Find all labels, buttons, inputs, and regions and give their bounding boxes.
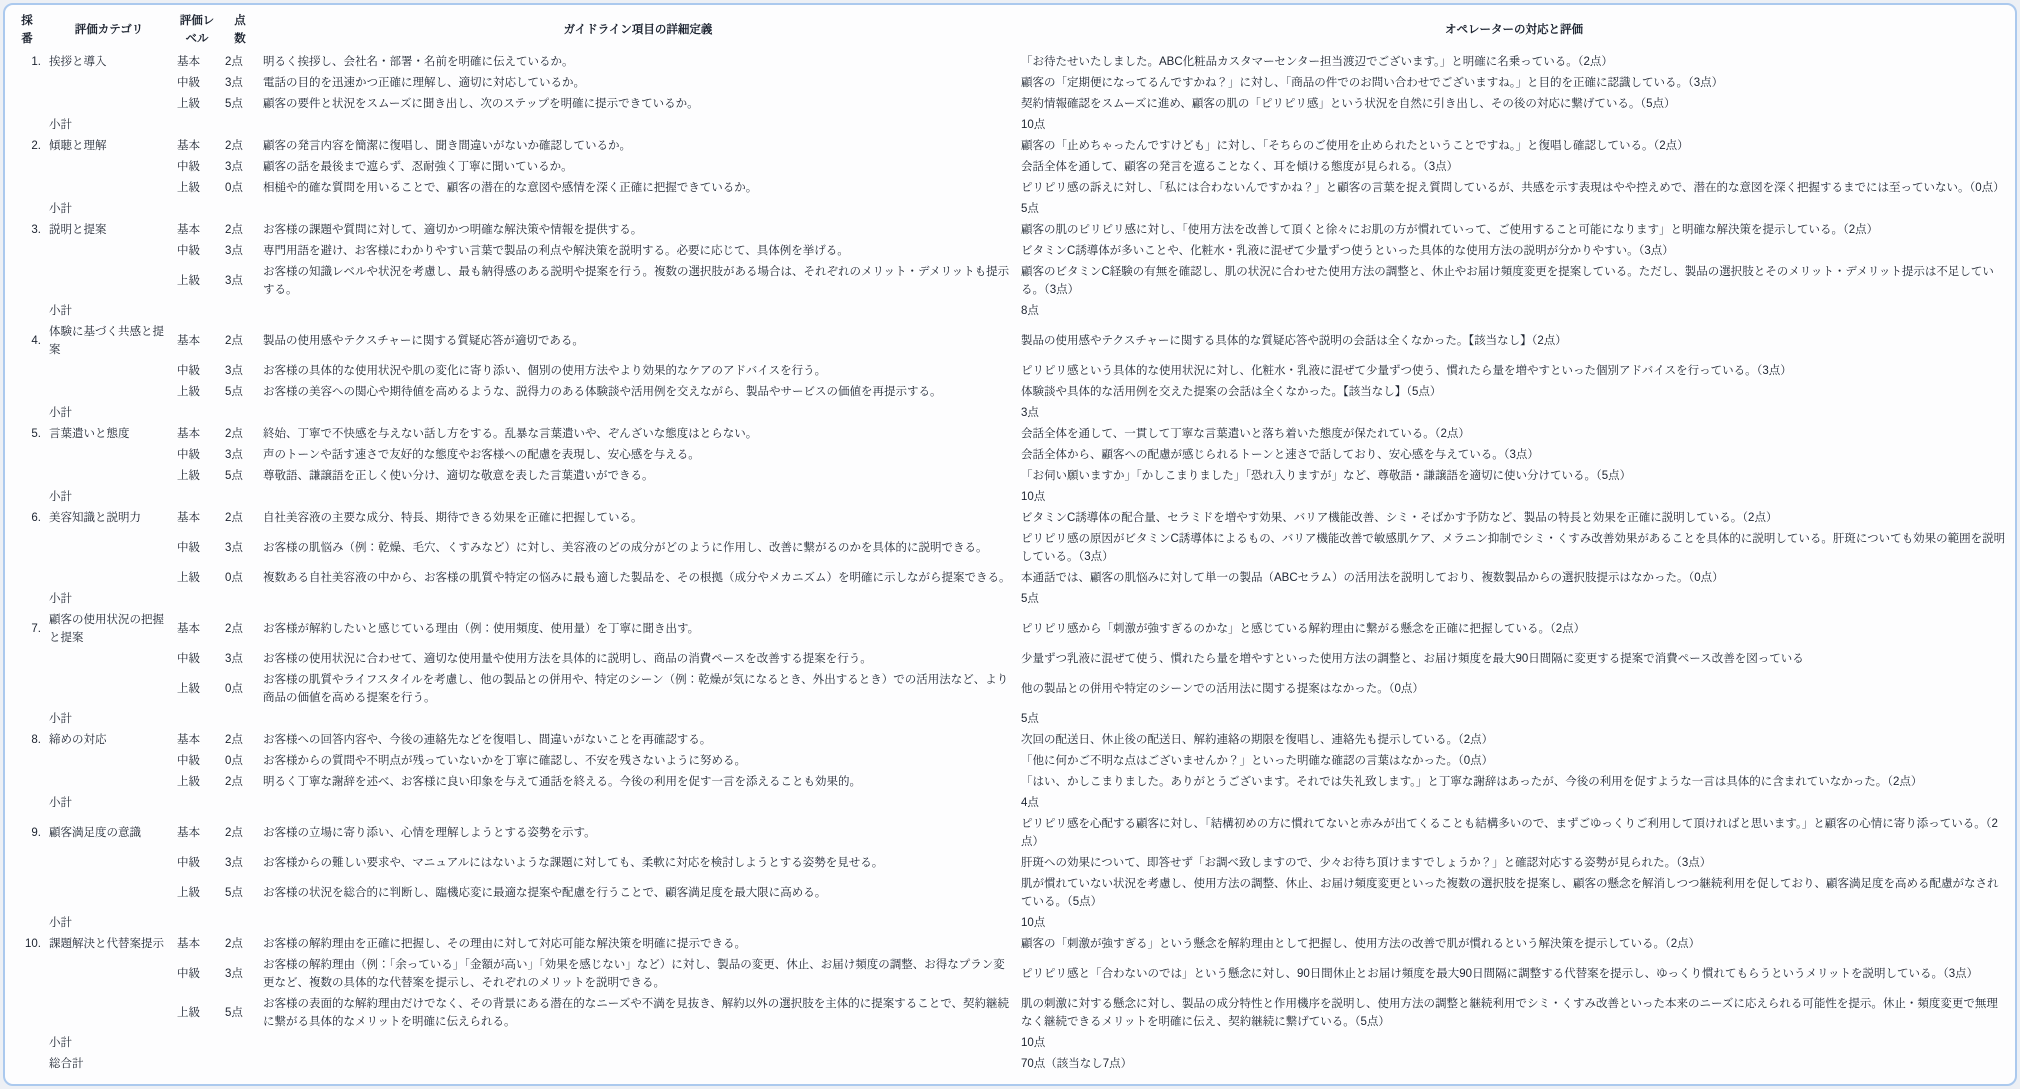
empty-cell — [173, 1053, 221, 1074]
guideline-row: 中級3点声のトーンや話す速さで友好的な態度やお客様への配慮を表現し、安心感を与え… — [9, 444, 2011, 465]
row-number: 3. — [9, 219, 45, 240]
row-number: 9. — [9, 813, 45, 852]
points-cell: 0点 — [221, 669, 259, 708]
points-cell: 3点 — [221, 648, 259, 669]
category-name — [45, 156, 173, 177]
guideline-row: 中級3点専門用語を避け、お客様にわかりやすい言葉で製品の利点や解決策を説明する。… — [9, 240, 2011, 261]
definition-cell: 製品の使用感やテクスチャーに関する質疑応答が適切である。 — [259, 321, 1017, 360]
empty-cell — [259, 588, 1017, 609]
empty-cell — [173, 402, 221, 423]
row-number — [9, 72, 45, 93]
subtotal-row: 小計3点 — [9, 402, 2011, 423]
level-cell: 中級 — [173, 954, 221, 993]
evaluation-cell: ピリピリ感を心配する顧客に対し、「結構初めの方に慣れてないと赤みが出てくることも… — [1017, 813, 2011, 852]
guideline-row: 上級5点尊敬語、謙譲語を正しく使い分け、適切な敬意を表した言葉遣いができる。「お… — [9, 465, 2011, 486]
evaluation-cell: 「他に何かご不明な点はございませんか？」といった明確な確認の言葉はなかった。（0… — [1017, 750, 2011, 771]
guideline-row: 中級3点お客様の具体的な使用状況や肌の変化に寄り添い、個別の使用方法やより効果的… — [9, 360, 2011, 381]
definition-cell: 終始、丁寧で不快感を与えない話し方をする。乱暴な言葉遣いや、ぞんざいな態度はとら… — [259, 423, 1017, 444]
category-name: 挨拶と導入 — [45, 51, 173, 72]
guideline-row: 上級0点複数ある自社美容液の中から、お客様の肌質や特定の悩みに最も適した製品を、… — [9, 567, 2011, 588]
level-cell: 上級 — [173, 669, 221, 708]
level-cell: 基本 — [173, 219, 221, 240]
category-name: 言葉遣いと態度 — [45, 423, 173, 444]
category-name: 顧客満足度の意識 — [45, 813, 173, 852]
definition-cell: お客様の課題や質問に対して、適切かつ明確な解決策や情報を提供する。 — [259, 219, 1017, 240]
empty-cell — [259, 402, 1017, 423]
level-cell: 中級 — [173, 750, 221, 771]
definition-cell: お客様の肌悩み（例：乾燥、毛穴、くすみなど）に対し、美容液のどの成分がどのように… — [259, 528, 1017, 567]
guideline-row: 7.顧客の使用状況の把握と提案基本2点お客様が解約したいと感じている理由（例：使… — [9, 609, 2011, 648]
definition-cell: 声のトーンや話す速さで友好的な態度やお客様への配慮を表現し、安心感を与える。 — [259, 444, 1017, 465]
points-cell: 3点 — [221, 240, 259, 261]
subtotal-row: 小計8点 — [9, 300, 2011, 321]
empty-cell — [173, 912, 221, 933]
points-cell: 2点 — [221, 321, 259, 360]
evaluation-cell: ピリピリ感から「刺激が強すぎるのかな」と感じている解約理由に繋がる懸念を正確に把… — [1017, 609, 2011, 648]
subtotal-label: 小計 — [45, 402, 173, 423]
guideline-row: 上級5点お客様の状況を総合的に判断し、臨機応変に最適な提案や配慮を行うことで、顧… — [9, 873, 2011, 912]
points-cell: 0点 — [221, 567, 259, 588]
evaluation-cell: 製品の使用感やテクスチャーに関する具体的な質疑応答や説明の会話は全くなかった。【… — [1017, 321, 2011, 360]
header-category: 評価カテゴリ — [45, 9, 173, 51]
definition-cell: 顧客の要件と状況をスムーズに聞き出し、次のステップを明確に提示できているか。 — [259, 93, 1017, 114]
evaluation-cell: 少量ずつ乳液に混ぜて使う、慣れたら量を増やすといった使用方法の調整と、お届け頻度… — [1017, 648, 2011, 669]
empty-cell — [173, 588, 221, 609]
subtotal-row: 小計4点 — [9, 792, 2011, 813]
definition-cell: お客様の使用状況に合わせて、適切な使用量や使用方法を具体的に説明し、商品の消費ペ… — [259, 648, 1017, 669]
subtotal-label: 小計 — [45, 198, 173, 219]
subtotal-row: 小計10点 — [9, 114, 2011, 135]
guideline-row: 中級3点お客様の肌悩み（例：乾燥、毛穴、くすみなど）に対し、美容液のどの成分がど… — [9, 528, 2011, 567]
guideline-row: 中級3点お客様の使用状況に合わせて、適切な使用量や使用方法を具体的に説明し、商品… — [9, 648, 2011, 669]
level-cell: 中級 — [173, 528, 221, 567]
level-cell: 基本 — [173, 609, 221, 648]
guideline-row: 上級0点お客様の肌質やライフスタイルを考慮し、他の製品との併用や、特定のシーン（… — [9, 669, 2011, 708]
header-number: 採番 — [9, 9, 45, 51]
definition-cell: お客様からの難しい要求や、マニュアルにはないような課題に対しても、柔軟に対応を検… — [259, 852, 1017, 873]
guideline-row: 6.美容知識と説明力基本2点自社美容液の主要な成分、特長、期待できる効果を正確に… — [9, 507, 2011, 528]
header-points: 点数 — [221, 9, 259, 51]
definition-cell: お客様への回答内容や、今後の連絡先などを復唱し、間違いがないことを再確認する。 — [259, 729, 1017, 750]
subtotal-row: 小計5点 — [9, 708, 2011, 729]
evaluation-cell: ピリピリ感の原因がビタミンC誘導体によるもの、バリア機能改善で敏感肌ケア、メラニ… — [1017, 528, 2011, 567]
definition-cell: 尊敬語、謙譲語を正しく使い分け、適切な敬意を表した言葉遣いができる。 — [259, 465, 1017, 486]
empty-cell — [9, 486, 45, 507]
evaluation-table: 採番 評価カテゴリ 評価レベル 点数 ガイドライン項目の詳細定義 オペレーターの… — [9, 9, 2011, 1074]
subtotal-label: 小計 — [45, 708, 173, 729]
row-number — [9, 993, 45, 1032]
row-number: 1. — [9, 51, 45, 72]
level-cell: 基本 — [173, 729, 221, 750]
empty-cell — [259, 300, 1017, 321]
evaluation-cell: 会話全体から、顧客への配慮が感じられるトーンと速さで話しており、安心感を与えてい… — [1017, 444, 2011, 465]
row-number — [9, 156, 45, 177]
empty-cell — [173, 792, 221, 813]
category-name — [45, 954, 173, 993]
points-cell: 2点 — [221, 813, 259, 852]
points-cell: 5点 — [221, 93, 259, 114]
definition-cell: お客様の表面的な解約理由だけでなく、その背景にある潜在的なニーズや不満を見抜き、… — [259, 993, 1017, 1032]
empty-cell — [221, 708, 259, 729]
definition-cell: 自社美容液の主要な成分、特長、期待できる効果を正確に把握している。 — [259, 507, 1017, 528]
evaluation-cell: ビタミンC誘導体が多いことや、化粧水・乳液に混ぜて少量ずつ使うといった具体的な使… — [1017, 240, 2011, 261]
level-cell: 中級 — [173, 360, 221, 381]
definition-cell: お客様からの質問や不明点が残っていないかを丁寧に確認し、不安を残さないように努め… — [259, 750, 1017, 771]
category-name — [45, 240, 173, 261]
guideline-row: 5.言葉遣いと態度基本2点終始、丁寧で不快感を与えない話し方をする。乱暴な言葉遣… — [9, 423, 2011, 444]
category-name — [45, 771, 173, 792]
level-cell: 上級 — [173, 993, 221, 1032]
evaluation-cell: 顧客の「刺激が強すぎる」という懸念を解約理由として把握し、使用方法の改善で肌が慣… — [1017, 933, 2011, 954]
header-definition: ガイドライン項目の詳細定義 — [259, 9, 1017, 51]
empty-cell — [221, 486, 259, 507]
level-cell: 上級 — [173, 381, 221, 402]
row-number: 8. — [9, 729, 45, 750]
definition-cell: 相槌や的確な質問を用いることで、顧客の潜在的な意図や感情を深く正確に把握できてい… — [259, 177, 1017, 198]
points-cell: 3点 — [221, 72, 259, 93]
points-cell: 2点 — [221, 729, 259, 750]
points-cell: 3点 — [221, 156, 259, 177]
level-cell: 基本 — [173, 423, 221, 444]
points-cell: 3点 — [221, 528, 259, 567]
level-cell: 中級 — [173, 852, 221, 873]
row-number — [9, 177, 45, 198]
definition-cell: 電話の目的を迅速かつ正確に理解し、適切に対応しているか。 — [259, 72, 1017, 93]
subtotal-row: 小計10点 — [9, 486, 2011, 507]
guideline-row: 9.顧客満足度の意識基本2点お客様の立場に寄り添い、心情を理解しようとする姿勢を… — [9, 813, 2011, 852]
row-number — [9, 648, 45, 669]
category-name — [45, 648, 173, 669]
subtotal-row: 小計10点 — [9, 1032, 2011, 1053]
points-cell: 0点 — [221, 177, 259, 198]
category-name — [45, 261, 173, 300]
empty-cell — [221, 402, 259, 423]
empty-cell — [221, 300, 259, 321]
empty-cell — [9, 114, 45, 135]
evaluation-cell: 顧客の「止めちゃったんですけども」に対し、「そちらのご使用を止められたということ… — [1017, 135, 2011, 156]
guideline-row: 中級3点お客様からの難しい要求や、マニュアルにはないような課題に対しても、柔軟に… — [9, 852, 2011, 873]
level-cell: 上級 — [173, 465, 221, 486]
row-number — [9, 261, 45, 300]
evaluation-panel: 採番 評価カテゴリ 評価レベル 点数 ガイドライン項目の詳細定義 オペレーターの… — [3, 3, 2017, 1086]
evaluation-cell: 他の製品との併用や特定のシーンでの活用法に関する提案はなかった。（0点） — [1017, 669, 2011, 708]
subtotal-value: 5点 — [1017, 588, 2011, 609]
empty-cell — [221, 1032, 259, 1053]
definition-cell: 明るく丁寧な謝辞を述べ、お客様に良い印象を与えて通話を終える。今後の利用を促す一… — [259, 771, 1017, 792]
subtotal-value: 10点 — [1017, 486, 2011, 507]
level-cell: 基本 — [173, 321, 221, 360]
row-number — [9, 567, 45, 588]
evaluation-cell: 顧客のビタミンC経験の有無を確認し、肌の状況に合わせた使用方法の調整と、休止やお… — [1017, 261, 2011, 300]
level-cell: 基本 — [173, 933, 221, 954]
subtotal-value: 10点 — [1017, 1032, 2011, 1053]
category-name — [45, 93, 173, 114]
definition-cell: お客様の具体的な使用状況や肌の変化に寄り添い、個別の使用方法やより効果的なケアの… — [259, 360, 1017, 381]
row-number — [9, 240, 45, 261]
points-cell: 3点 — [221, 444, 259, 465]
category-name: 締めの対応 — [45, 729, 173, 750]
evaluation-cell: 「はい、かしこまりました。ありがとうございます。それでは失礼致します。」と丁寧な… — [1017, 771, 2011, 792]
points-cell: 3点 — [221, 852, 259, 873]
table-header: 採番 評価カテゴリ 評価レベル 点数 ガイドライン項目の詳細定義 オペレーターの… — [9, 9, 2011, 51]
empty-cell — [259, 912, 1017, 933]
empty-cell — [259, 708, 1017, 729]
guideline-row: 1.挨拶と導入基本2点明るく挨拶し、会社名・部署・名前を明確に伝えているか。「お… — [9, 51, 2011, 72]
category-name — [45, 72, 173, 93]
definition-cell: お客様の状況を総合的に判断し、臨機応変に最適な提案や配慮を行うことで、顧客満足度… — [259, 873, 1017, 912]
category-name: 説明と提案 — [45, 219, 173, 240]
empty-cell — [259, 792, 1017, 813]
row-number — [9, 465, 45, 486]
points-cell: 2点 — [221, 135, 259, 156]
guideline-row: 中級3点電話の目的を迅速かつ正確に理解し、適切に対応しているか。顧客の「定期便に… — [9, 72, 2011, 93]
evaluation-cell: 会話全体を通して、顧客の発言を遮ることなく、耳を傾ける態度が見られる。（3点） — [1017, 156, 2011, 177]
empty-cell — [173, 486, 221, 507]
row-number — [9, 771, 45, 792]
subtotal-value: 5点 — [1017, 708, 2011, 729]
empty-cell — [9, 198, 45, 219]
empty-cell — [173, 708, 221, 729]
empty-cell — [173, 198, 221, 219]
category-name — [45, 465, 173, 486]
row-number: 4. — [9, 321, 45, 360]
empty-cell — [9, 708, 45, 729]
guideline-row: 2.傾聴と理解基本2点顧客の発言内容を簡潔に復唱し、聞き間違いがないか確認してい… — [9, 135, 2011, 156]
row-number — [9, 669, 45, 708]
category-name: 顧客の使用状況の把握と提案 — [45, 609, 173, 648]
subtotal-value: 8点 — [1017, 300, 2011, 321]
evaluation-cell: 肌が慣れていない状況を考慮し、使用方法の調整、休止、お届け頻度変更といった複数の… — [1017, 873, 2011, 912]
row-number — [9, 360, 45, 381]
level-cell: 中級 — [173, 156, 221, 177]
empty-cell — [9, 300, 45, 321]
empty-cell — [221, 1053, 259, 1074]
guideline-row: 上級2点明るく丁寧な謝辞を述べ、お客様に良い印象を与えて通話を終える。今後の利用… — [9, 771, 2011, 792]
points-cell: 2点 — [221, 423, 259, 444]
category-name — [45, 528, 173, 567]
evaluation-cell: 体験談や具体的な活用例を交えた提案の会話は全くなかった。【該当なし】（5点） — [1017, 381, 2011, 402]
evaluation-cell: 顧客の「定期便になってるんですかね？」に対し、「商品の件でのお問い合わせでござい… — [1017, 72, 2011, 93]
evaluation-cell: 顧客の肌のピリピリ感に対し、「使用方法を改善して頂くと徐々にお肌の方が慣れていっ… — [1017, 219, 2011, 240]
level-cell: 上級 — [173, 873, 221, 912]
empty-cell — [221, 912, 259, 933]
row-number — [9, 873, 45, 912]
empty-cell — [259, 1053, 1017, 1074]
level-cell: 中級 — [173, 648, 221, 669]
definition-cell: お客様が解約したいと感じている理由（例：使用頻度、使用量）を丁寧に聞き出す。 — [259, 609, 1017, 648]
empty-cell — [9, 588, 45, 609]
category-name — [45, 669, 173, 708]
definition-cell: お客様の美容への関心や期待値を高めるような、説得力のある体験談や活用例を交えなが… — [259, 381, 1017, 402]
subtotal-row: 小計5点 — [9, 198, 2011, 219]
guideline-row: 上級5点お客様の美容への関心や期待値を高めるような、説得力のある体験談や活用例を… — [9, 381, 2011, 402]
empty-cell — [9, 1032, 45, 1053]
subtotal-label: 小計 — [45, 114, 173, 135]
empty-cell — [9, 1053, 45, 1074]
header-evaluation: オペレーターの対応と評価 — [1017, 9, 2011, 51]
subtotal-value: 10点 — [1017, 114, 2011, 135]
evaluation-cell: ピリピリ感の訴えに対し、「私には合わないんですかね？」と顧客の言葉を捉え質問して… — [1017, 177, 2011, 198]
subtotal-value: 10点 — [1017, 912, 2011, 933]
evaluation-cell: 「お待たせいたしました。ABC化粧品カスタマーセンター担当渡辺でございます。」と… — [1017, 51, 2011, 72]
subtotal-row: 小計5点 — [9, 588, 2011, 609]
evaluation-cell: ピリピリ感と「合わないのでは」という懸念に対し、90日間休止とお届け頻度を最大9… — [1017, 954, 2011, 993]
empty-cell — [9, 912, 45, 933]
row-number: 7. — [9, 609, 45, 648]
points-cell: 5点 — [221, 381, 259, 402]
guideline-row: 中級0点お客様からの質問や不明点が残っていないかを丁寧に確認し、不安を残さないよ… — [9, 750, 2011, 771]
category-name — [45, 873, 173, 912]
category-name: 課題解決と代替案提示 — [45, 933, 173, 954]
definition-cell: 明るく挨拶し、会社名・部署・名前を明確に伝えているか。 — [259, 51, 1017, 72]
definition-cell: 顧客の話を最後まで遮らず、忍耐強く丁寧に聞いているか。 — [259, 156, 1017, 177]
guideline-row: 4.体験に基づく共感と提案基本2点製品の使用感やテクスチャーに関する質疑応答が適… — [9, 321, 2011, 360]
subtotal-label: 小計 — [45, 486, 173, 507]
row-number — [9, 444, 45, 465]
points-cell: 2点 — [221, 219, 259, 240]
guideline-row: 10.課題解決と代替案提示基本2点お客様の解約理由を正確に把握し、その理由に対し… — [9, 933, 2011, 954]
definition-cell: お客様の立場に寄り添い、心情を理解しようとする姿勢を示す。 — [259, 813, 1017, 852]
subtotal-label: 小計 — [45, 912, 173, 933]
row-number — [9, 528, 45, 567]
points-cell: 3点 — [221, 360, 259, 381]
header-level: 評価レベル — [173, 9, 221, 51]
category-name: 体験に基づく共感と提案 — [45, 321, 173, 360]
category-name — [45, 177, 173, 198]
category-name — [45, 381, 173, 402]
category-name — [45, 567, 173, 588]
subtotal-value: 4点 — [1017, 792, 2011, 813]
definition-cell: 専門用語を避け、お客様にわかりやすい言葉で製品の利点や解決策を説明する。必要に応… — [259, 240, 1017, 261]
definition-cell: お客様の知識レベルや状況を考慮し、最も納得感のある説明や提案を行う。複数の選択肢… — [259, 261, 1017, 300]
category-name — [45, 852, 173, 873]
guideline-row: 上級0点相槌や的確な質問を用いることで、顧客の潜在的な意図や感情を深く正確に把握… — [9, 177, 2011, 198]
level-cell: 上級 — [173, 567, 221, 588]
empty-cell — [173, 114, 221, 135]
level-cell: 中級 — [173, 240, 221, 261]
evaluation-cell: ビタミンC誘導体の配合量、セラミドを増やす効果、バリア機能改善、シミ・そばかす予… — [1017, 507, 2011, 528]
definition-cell: お客様の解約理由（例：「余っている」「金額が高い」「効果を感じない」など）に対し… — [259, 954, 1017, 993]
definition-cell: お客様の肌質やライフスタイルを考慮し、他の製品との併用や、特定のシーン（例：乾燥… — [259, 669, 1017, 708]
points-cell: 5点 — [221, 465, 259, 486]
points-cell: 5点 — [221, 873, 259, 912]
evaluation-cell: 会話全体を通して、一貫して丁寧な言葉遣いと落ち着いた態度が保たれている。（2点） — [1017, 423, 2011, 444]
category-name: 美容知識と説明力 — [45, 507, 173, 528]
category-name — [45, 750, 173, 771]
level-cell: 中級 — [173, 72, 221, 93]
guideline-row: 上級5点顧客の要件と状況をスムーズに聞き出し、次のステップを明確に提示できている… — [9, 93, 2011, 114]
subtotal-label: 小計 — [45, 588, 173, 609]
empty-cell — [259, 486, 1017, 507]
row-number — [9, 750, 45, 771]
points-cell: 0点 — [221, 750, 259, 771]
row-number: 5. — [9, 423, 45, 444]
empty-cell — [221, 792, 259, 813]
level-cell: 上級 — [173, 93, 221, 114]
empty-cell — [173, 300, 221, 321]
level-cell: 中級 — [173, 444, 221, 465]
row-number: 6. — [9, 507, 45, 528]
evaluation-cell: ピリピリ感という具体的な使用状況に対し、化粧水・乳液に混ぜて少量ずつ使う、慣れた… — [1017, 360, 2011, 381]
category-name: 傾聴と理解 — [45, 135, 173, 156]
guideline-row: 上級3点お客様の知識レベルや状況を考慮し、最も納得感のある説明や提案を行う。複数… — [9, 261, 2011, 300]
header-row: 採番 評価カテゴリ 評価レベル 点数 ガイドライン項目の詳細定義 オペレーターの… — [9, 9, 2011, 51]
empty-cell — [259, 1032, 1017, 1053]
guideline-row: 上級5点お客様の表面的な解約理由だけでなく、その背景にある潜在的なニーズや不満を… — [9, 993, 2011, 1032]
guideline-row: 中級3点顧客の話を最後まで遮らず、忍耐強く丁寧に聞いているか。会話全体を通して、… — [9, 156, 2011, 177]
level-cell: 基本 — [173, 507, 221, 528]
grand-total-row: 総合計70点（該当なし7点） — [9, 1053, 2011, 1074]
subtotal-label: 小計 — [45, 300, 173, 321]
subtotal-value: 5点 — [1017, 198, 2011, 219]
guideline-row: 中級3点お客様の解約理由（例：「余っている」「金額が高い」「効果を感じない」など… — [9, 954, 2011, 993]
evaluation-cell: 肌の刺激に対する懸念に対し、製品の成分特性と作用機序を説明し、使用方法の調整と継… — [1017, 993, 2011, 1032]
points-cell: 2点 — [221, 51, 259, 72]
evaluation-cell: 次回の配送日、休止後の配送日、解約連絡の期限を復唱し、連絡先も提示している。（2… — [1017, 729, 2011, 750]
row-number — [9, 381, 45, 402]
definition-cell: お客様の解約理由を正確に把握し、その理由に対して対応可能な解決策を明確に提示でき… — [259, 933, 1017, 954]
points-cell: 2点 — [221, 507, 259, 528]
empty-cell — [9, 792, 45, 813]
evaluation-cell: 契約情報確認をスムーズに進め、顧客の肌の「ピリピリ感」という状況を自然に引き出し… — [1017, 93, 2011, 114]
subtotal-label: 小計 — [45, 1032, 173, 1053]
row-number — [9, 93, 45, 114]
row-number — [9, 954, 45, 993]
points-cell: 2点 — [221, 933, 259, 954]
level-cell: 基本 — [173, 51, 221, 72]
row-number: 10. — [9, 933, 45, 954]
empty-cell — [221, 114, 259, 135]
row-number — [9, 852, 45, 873]
guideline-row: 8.締めの対応基本2点お客様への回答内容や、今後の連絡先などを復唱し、間違いがな… — [9, 729, 2011, 750]
empty-cell — [173, 1032, 221, 1053]
subtotal-value: 3点 — [1017, 402, 2011, 423]
subtotal-row: 小計10点 — [9, 912, 2011, 933]
level-cell: 上級 — [173, 771, 221, 792]
empty-cell — [9, 402, 45, 423]
empty-cell — [259, 198, 1017, 219]
guideline-row: 3.説明と提案基本2点お客様の課題や質問に対して、適切かつ明確な解決策や情報を提… — [9, 219, 2011, 240]
definition-cell: 顧客の発言内容を簡潔に復唱し、聞き間違いがないか確認しているか。 — [259, 135, 1017, 156]
category-name — [45, 360, 173, 381]
points-cell: 2点 — [221, 609, 259, 648]
row-number: 2. — [9, 135, 45, 156]
level-cell: 上級 — [173, 177, 221, 198]
points-cell: 2点 — [221, 771, 259, 792]
level-cell: 基本 — [173, 135, 221, 156]
points-cell: 5点 — [221, 993, 259, 1032]
level-cell: 基本 — [173, 813, 221, 852]
evaluation-cell: 「お伺い願いますか」「かしこまりました」「恐れ入りますが」など、尊敬語・謙譲語を… — [1017, 465, 2011, 486]
definition-cell: 複数ある自社美容液の中から、お客様の肌質や特定の悩みに最も適した製品を、その根拠… — [259, 567, 1017, 588]
empty-cell — [259, 114, 1017, 135]
evaluation-cell: 肝斑への効果について、即答せず「お調べ致しますので、少々お待ち頂けますでしょうか… — [1017, 852, 2011, 873]
category-name — [45, 444, 173, 465]
grand-total-label: 総合計 — [45, 1053, 173, 1074]
rubric-rows: 1.挨拶と導入基本2点明るく挨拶し、会社名・部署・名前を明確に伝えているか。「お… — [9, 51, 2011, 1074]
points-cell: 3点 — [221, 954, 259, 993]
grand-total-value: 70点（該当なし7点） — [1017, 1053, 2011, 1074]
empty-cell — [221, 588, 259, 609]
points-cell: 3点 — [221, 261, 259, 300]
evaluation-cell: 本通話では、顧客の肌悩みに対して単一の製品（ABCセラム）の活用法を説明しており… — [1017, 567, 2011, 588]
subtotal-label: 小計 — [45, 792, 173, 813]
category-name — [45, 993, 173, 1032]
level-cell: 上級 — [173, 261, 221, 300]
empty-cell — [221, 198, 259, 219]
